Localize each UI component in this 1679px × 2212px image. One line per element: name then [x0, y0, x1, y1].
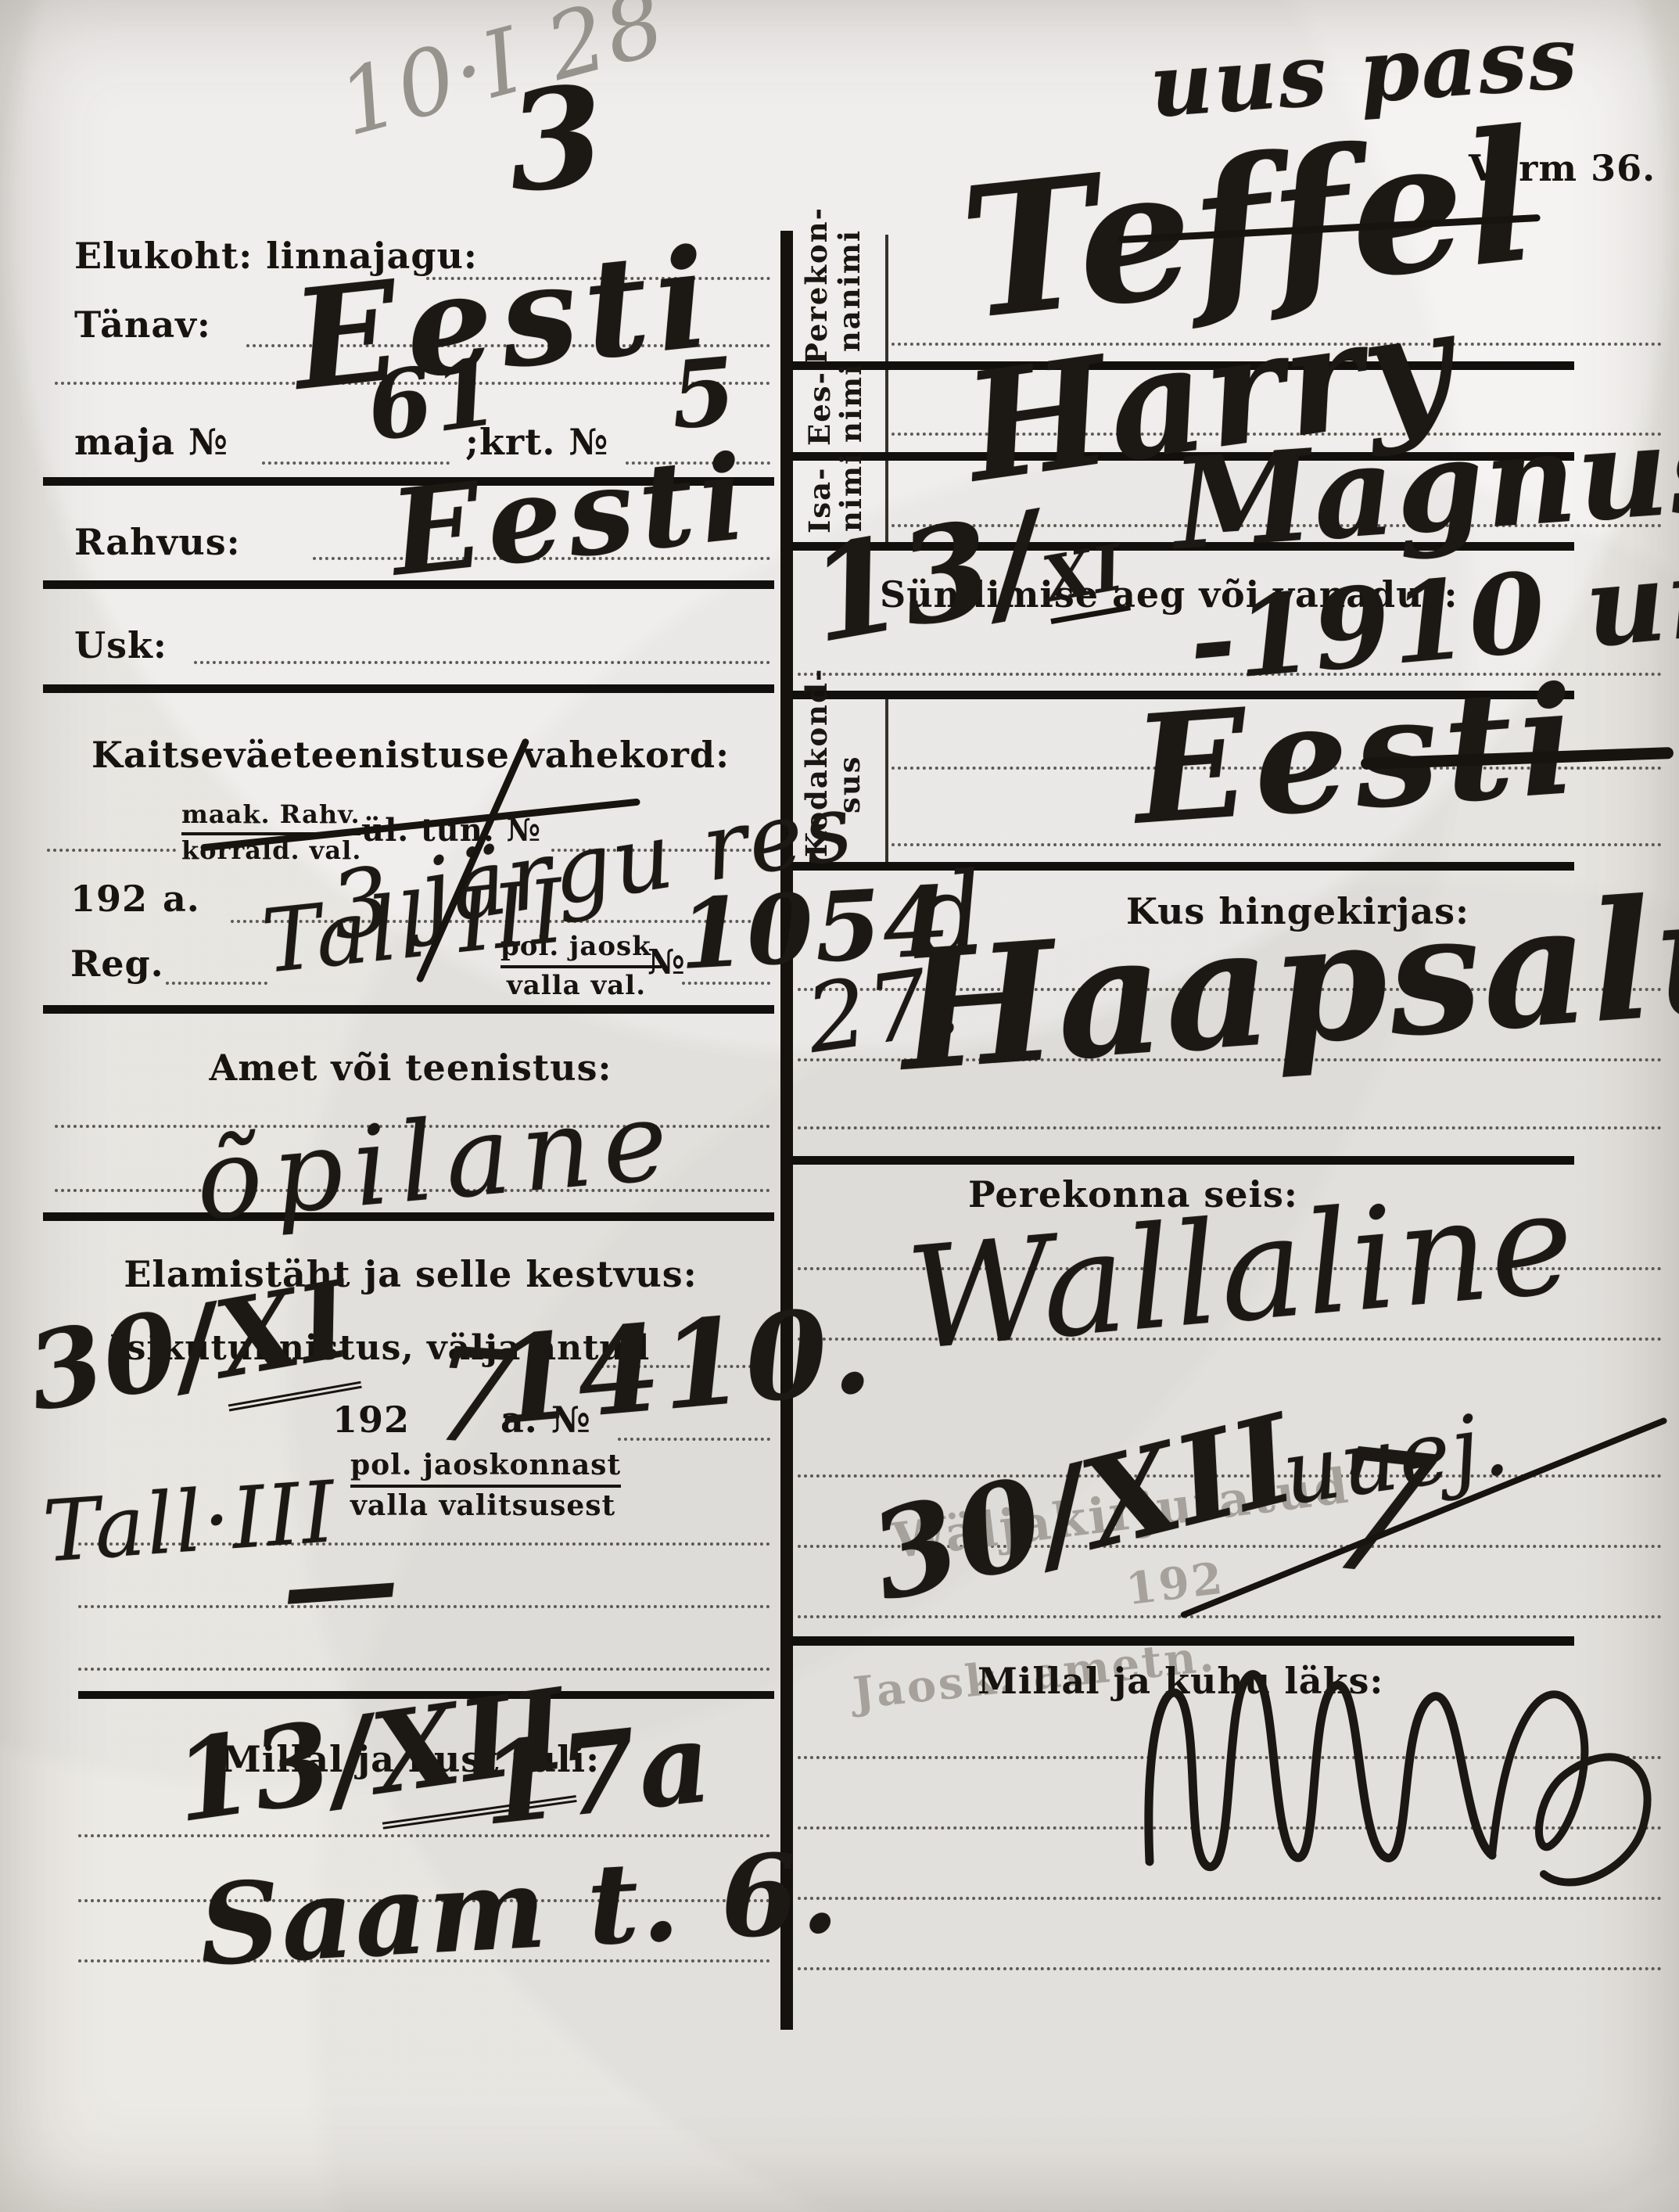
- isanimi-value: Magnus: [1170, 409, 1679, 561]
- kaitse-heading: Kaitseväeteenistuse vahekord:: [47, 734, 774, 776]
- perekonnanimi-label-line1: Perekon-: [799, 206, 834, 364]
- isikutunnistus-number: 1410.: [489, 1296, 877, 1436]
- tuli-place: Saam t. 6.: [197, 1844, 842, 1977]
- tuli-date-year: 17a: [476, 1713, 716, 1837]
- separator-label: [885, 368, 888, 454]
- rule-dotted: [798, 1967, 1662, 1970]
- none-dash-value: —: [278, 1528, 402, 1641]
- rule-dotted: [194, 661, 770, 664]
- divider-vertical: [780, 231, 793, 2030]
- hingekirjas-value: Haapsalu: [895, 877, 1679, 1086]
- rule-dotted: [166, 982, 267, 985]
- rule-dotted: [47, 849, 176, 852]
- maja-value: 61: [362, 350, 504, 451]
- signature-scrawl: [1126, 1596, 1679, 1909]
- rahvus-value: Eesti: [386, 444, 755, 587]
- maja-label: maja №: [74, 421, 228, 463]
- separator-label: [885, 698, 888, 864]
- reg-place-value: Tall III: [259, 872, 569, 982]
- rahvus-label: Rahvus:: [74, 521, 241, 563]
- stamp-date-value: 30/XII: [861, 1403, 1304, 1613]
- kaitse-year-suffix: a.: [163, 878, 200, 920]
- eesnimi-label-line1: Ees-: [802, 371, 837, 446]
- reg-label: Reg.: [70, 943, 164, 985]
- rule-dotted: [78, 1605, 770, 1608]
- isikutunnistus-date-day: 30/: [19, 1280, 228, 1435]
- rule-dotted: [78, 1668, 770, 1671]
- tanav-label: Tänav:: [74, 303, 211, 346]
- amet-value: õpilane: [192, 1091, 683, 1231]
- usk-label: Usk:: [74, 624, 167, 666]
- stamp-year-digit: 7: [1318, 1432, 1441, 1594]
- separator-label: [885, 235, 888, 364]
- valla-val-label: valla val.: [507, 970, 646, 1001]
- isikutunnistus-year-label: 192: [332, 1399, 410, 1441]
- stamp-date-day: 30/: [857, 1438, 1103, 1629]
- isikutunnistus-date-month: XI: [206, 1256, 362, 1411]
- tuli-date-day: 13/: [167, 1691, 382, 1848]
- krt-value: 5: [668, 350, 741, 438]
- registration-card: 10·I 28 3 uus pass Vorm 36. Elukoht: lin…: [0, 0, 1679, 2212]
- rule-thick: [792, 1156, 1574, 1165]
- tanav-value: Eesti: [288, 236, 721, 403]
- sundimine-date-month: XI: [1037, 530, 1131, 624]
- eesnimi-label-line2: nimi: [834, 363, 868, 443]
- rule-thick: [43, 684, 774, 693]
- district-number-note: 3: [503, 74, 610, 206]
- rule-thick: [43, 1005, 774, 1014]
- kaitse-year-label: 192: [70, 878, 148, 920]
- rule-dotted: [798, 1126, 1662, 1129]
- perekonnanimi-label-line2: nanimi: [832, 229, 866, 352]
